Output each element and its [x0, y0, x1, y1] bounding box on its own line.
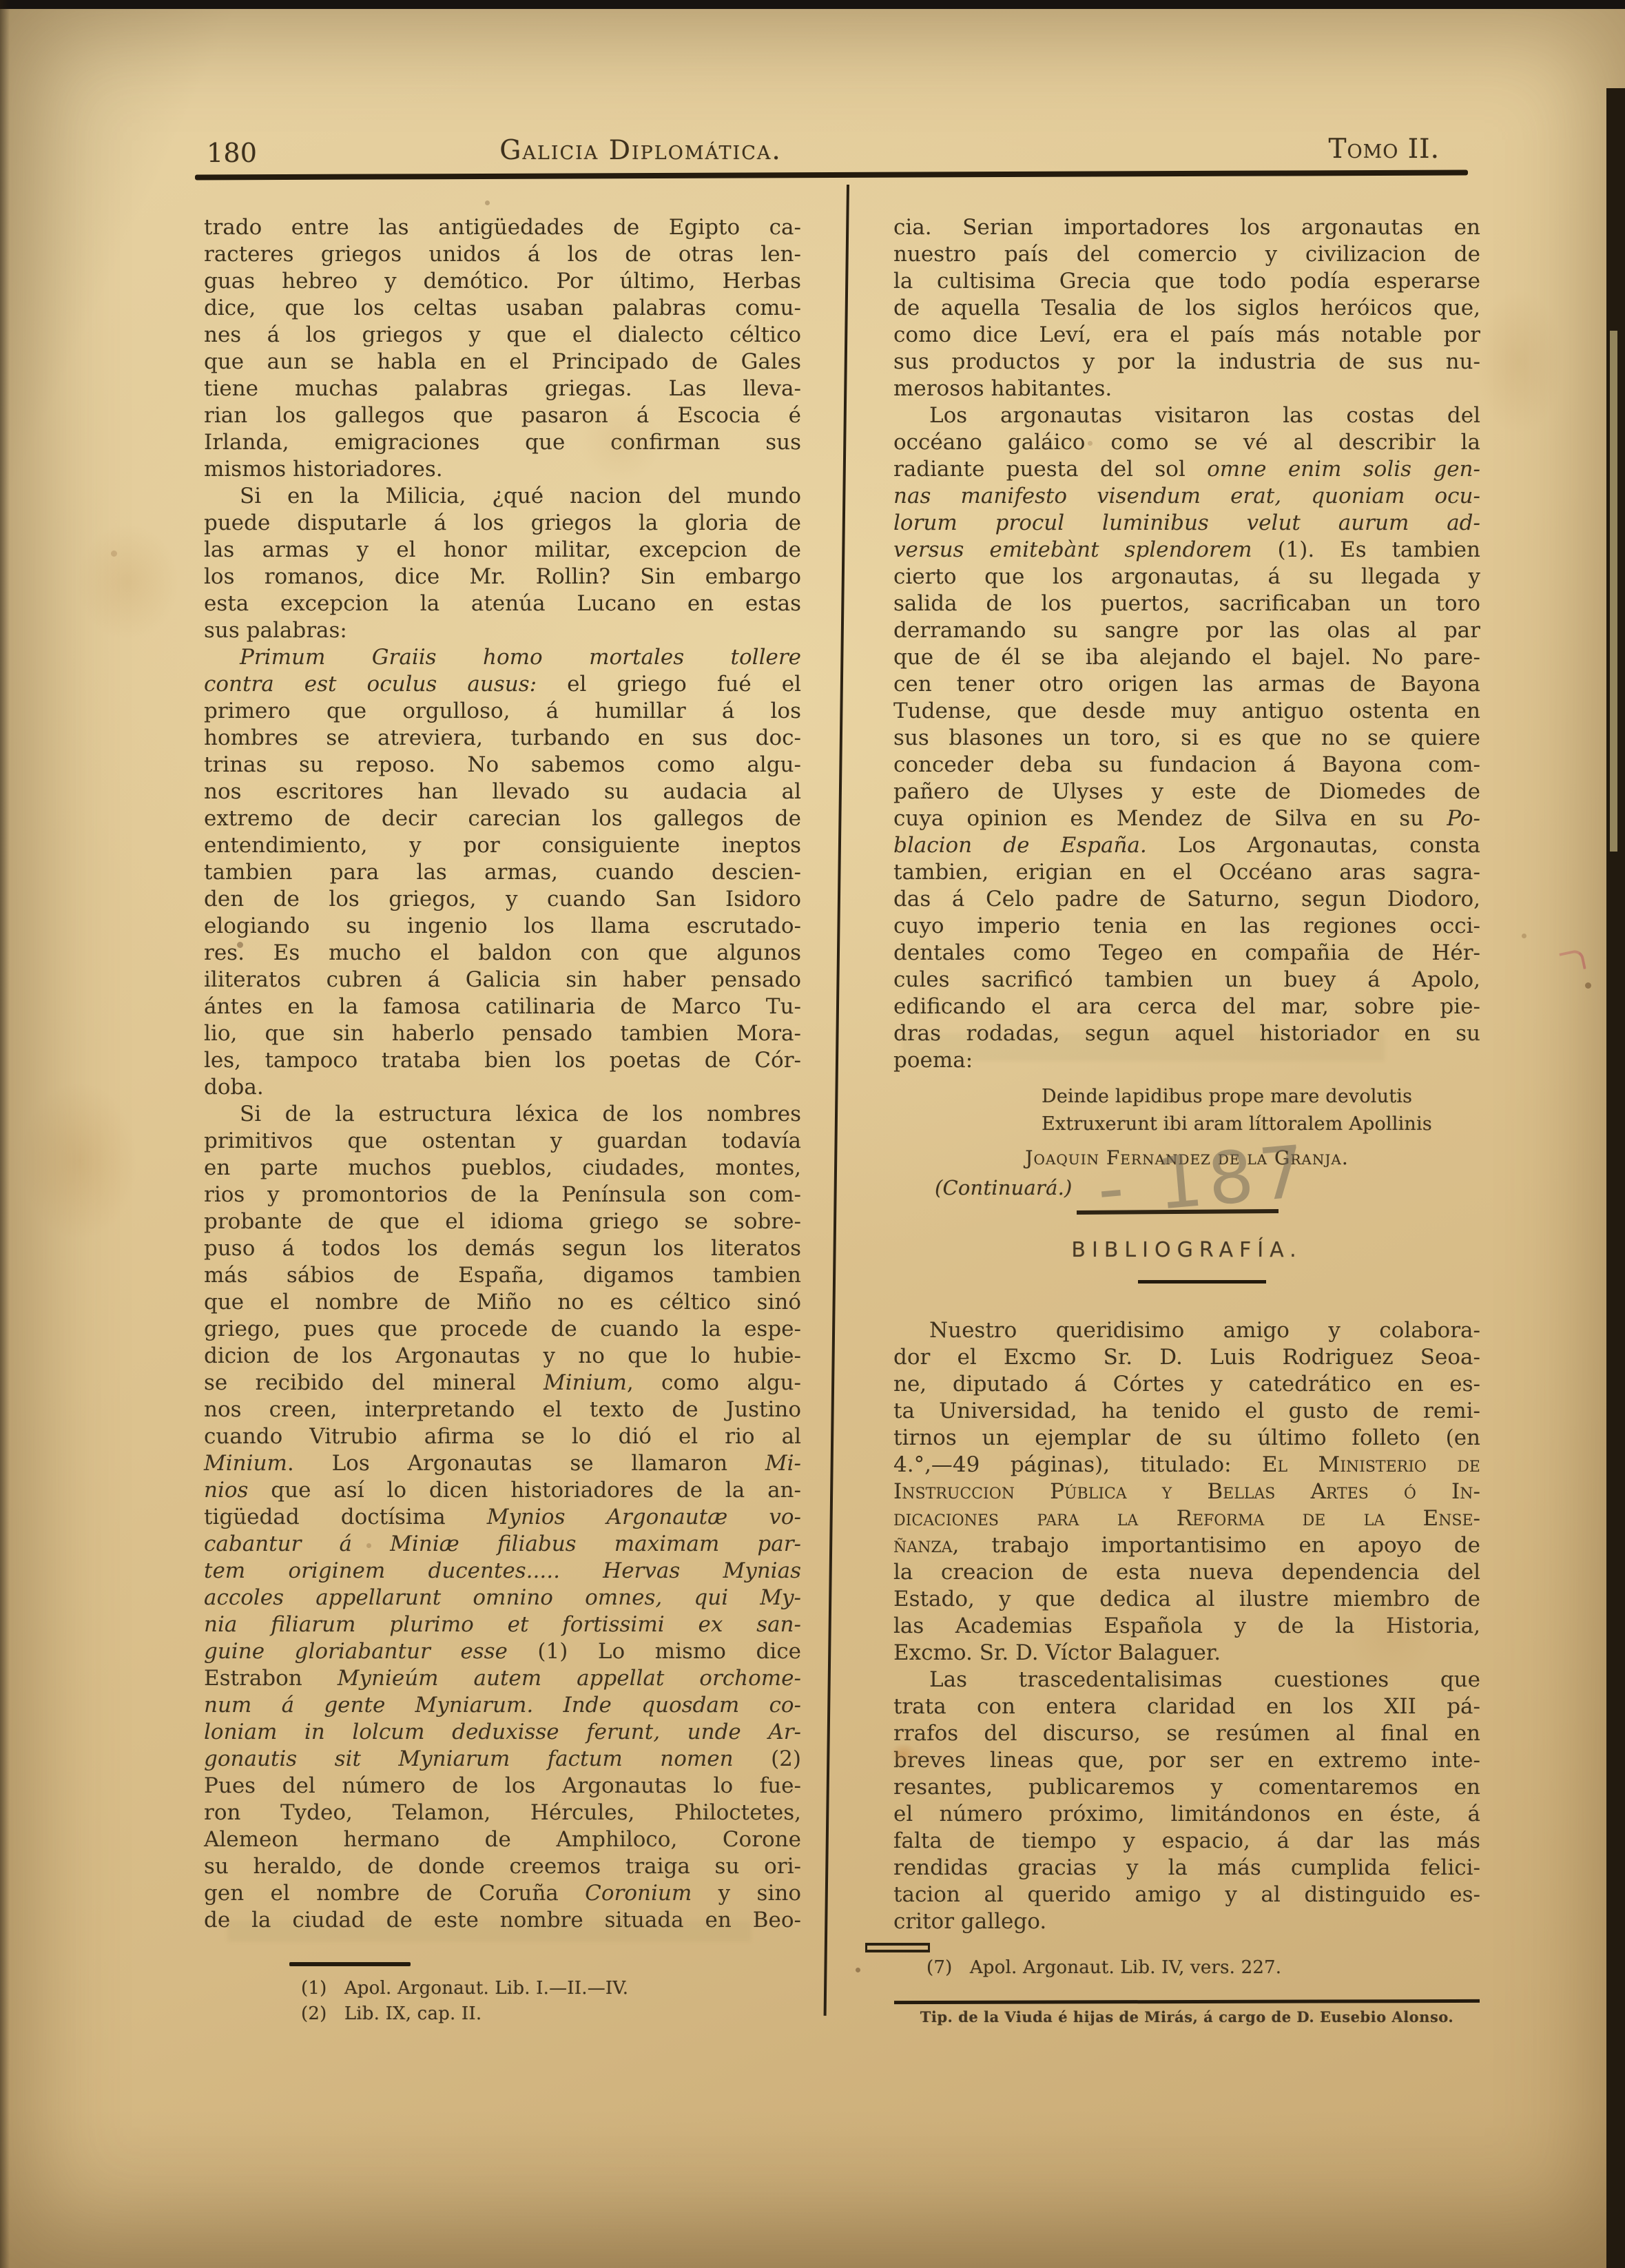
text-line: más sábios de España, digamos tambien: [204, 1262, 801, 1289]
text-line: dentales como Tegeo en compañia de Hér-: [893, 940, 1480, 967]
text-line: das á Celo padre de Saturno, segun Diodo…: [893, 886, 1480, 913]
text-line: entendimiento, y por consiguiente inepto…: [204, 832, 801, 859]
text-line: nas manifesto visendum erat, quoniam ocu…: [893, 483, 1480, 510]
poem-line: Extruxerunt ibi aram líttoralem Apollini…: [1042, 1111, 1432, 1138]
text-line: cuyo imperio tenia en las regiones occi-: [893, 913, 1480, 940]
text-line: versus emitebànt splendorem (1). Es tamb…: [893, 537, 1480, 564]
text-line: rrafos del discurso, se resúmen al final…: [893, 1720, 1480, 1747]
continuation-note: (Continuará.): [935, 1176, 1073, 1199]
text-line: nos escritores han llevado su audacia al: [204, 779, 801, 805]
footnote-line: (1) Apol. Argonaut. Lib. I.—II.—IV.: [301, 1976, 628, 2001]
text-line: griego, pues que procede de cuando la es…: [204, 1316, 801, 1343]
text-line: rios y promontorios de la Península son …: [204, 1182, 801, 1208]
text-line: Si en la Milicia, ¿qué nacion del mundo: [204, 483, 801, 510]
text-line: hombres se atreviera, turbando en sus do…: [204, 725, 801, 752]
text-line: contra est oculus ausus: el griego fué e…: [204, 671, 801, 698]
adjacent-page-edge: [1610, 331, 1617, 852]
text-line: tigüedad doctísima Mynios Argonautæ vo-: [204, 1504, 801, 1531]
left-footnote-rule: [289, 1962, 411, 1966]
text-line: en parte muchos pueblos, ciudades, monte…: [204, 1155, 801, 1182]
bibliografia-text: Nuestro queridisimo amigo y colabora-dor…: [893, 1317, 1480, 1935]
text-line: lio, que sin haberlo pensado tambien Mor…: [204, 1020, 801, 1047]
text-line: su heraldo, de donde creemos traiga su o…: [204, 1853, 801, 1880]
text-line: dicaciones para la Reforma de la Ense-: [893, 1505, 1480, 1532]
text-line: como dice Leví, era el país más notable …: [893, 322, 1480, 349]
text-line: conceder deba su fundacion á Bayona com-: [893, 752, 1480, 779]
text-line: cules sacrificó tambien un buey á Apolo,: [893, 967, 1480, 993]
text-line: trinas su reposo. No sabemos como algu-: [204, 752, 801, 779]
right-footnote: (7) Apol. Argonaut. Lib. IV, vers. 227.: [927, 1957, 1281, 1978]
latin-poem: Deinde lapidibus prope mare devolutisExt…: [1042, 1083, 1432, 1138]
section-heading-bibliografia: BIBLIOGRAFÍA.: [893, 1238, 1480, 1262]
text-line: den de los griegos, y cuando San Isidoro: [204, 886, 801, 913]
text-line: que de él se iba alejando el bajel. No p…: [893, 644, 1480, 671]
text-line: cia. Serian importadores los argonautas …: [893, 214, 1480, 241]
page-number: 180: [207, 138, 257, 168]
text-line: nes á los griegos y que el dialecto célt…: [204, 322, 801, 349]
text-line: sus palabras:: [204, 617, 801, 644]
left-column-text: trado entre las antigüedades de Egipto c…: [204, 214, 801, 1934]
text-line: cuya opinion es Mendez de Silva en su Po…: [893, 805, 1480, 832]
red-pencil-mark: [1559, 949, 1586, 973]
text-line: Primum Graiis homo mortales tollere: [204, 644, 801, 671]
printer-imprint: Tip. de la Viuda é hijas de Mirás, á car…: [894, 2008, 1480, 2025]
text-line: racteres griegos unidos á los de otras l…: [204, 241, 801, 268]
text-line: falta de tiempo y espacio, á dar las más: [893, 1828, 1480, 1855]
text-line: cabantur á Miniæ filiabus maximam par-: [204, 1531, 801, 1558]
text-line: doba.: [204, 1074, 801, 1101]
text-line: rian los gallegos que pasaron á Escocia …: [204, 402, 801, 429]
text-line: Minium. Los Argonautas se llamaron Mi-: [204, 1450, 801, 1477]
text-line: loniam in lolcum deduxisse ferunt, unde …: [204, 1719, 801, 1746]
text-line: esta excepcion la atenúa Lucano en estas: [204, 590, 801, 617]
text-line: Pues del número de los Argonautas lo fue…: [204, 1773, 801, 1800]
paper-stain: [76, 524, 179, 641]
paper-stain: [1474, 289, 1564, 434]
text-line: el número próximo, limitándonos en éste,…: [893, 1801, 1480, 1828]
text-line: ne, diputado á Córtes y catedrático en e…: [893, 1371, 1480, 1398]
text-line: Tudense, que desde muy antiguo ostenta e…: [893, 698, 1480, 725]
text-line: nos creen, interpretando el texto de Jus…: [204, 1396, 801, 1423]
scanned-page: 180 Galicia Diplomática. Tomo II. trado …: [0, 0, 1625, 2268]
text-line: dice, que los celtas usaban palabras com…: [204, 295, 801, 322]
text-line: dicion de los Argonautas y no que lo hub…: [204, 1343, 801, 1370]
column-divider-rule: [824, 185, 849, 2016]
text-line: edificando el ara cerca del mar, sobre p…: [893, 993, 1480, 1020]
text-line: nuestro país del comercio y civilizacion…: [893, 241, 1480, 268]
text-line: poema:: [893, 1047, 1480, 1074]
text-line: primitivos que ostentan y guardan todaví…: [204, 1128, 801, 1155]
footnote-line: (2) Lib. IX, cap. II.: [301, 2001, 628, 2027]
text-line: Estrabon Mynieúm autem appellat orchome-: [204, 1665, 801, 1692]
text-line: tirnos un ejemplar de su último folleto …: [893, 1425, 1480, 1452]
text-line: las armas y el honor militar, excepcion …: [204, 537, 801, 564]
left-footnotes: (1) Apol. Argonaut. Lib. I.—II.—IV.(2) L…: [301, 1976, 628, 2027]
text-line: extremo de decir carecian los gallegos d…: [204, 805, 801, 832]
text-line: trado entre las antigüedades de Egipto c…: [204, 214, 801, 241]
text-line: occéano galáico como se vé al describir …: [893, 429, 1480, 456]
text-line: de aquella Tesalia de los siglos heróico…: [893, 295, 1480, 322]
text-line: salida de los puertos, sacrificaban un t…: [893, 590, 1480, 617]
text-line: resantes, publicaremos y comentaremos en: [893, 1774, 1480, 1801]
scan-edge-top: [0, 0, 1625, 9]
text-line: mismos historiadores.: [204, 456, 801, 483]
text-line: tambien para las armas, cuando descien-: [204, 859, 801, 886]
text-line: la cultisima Grecia que todo podía esper…: [893, 268, 1480, 295]
text-line: tiene muchas palabras griegas. Las lleva…: [204, 375, 801, 402]
text-line: de la ciudad de este nombre situada en B…: [204, 1907, 801, 1934]
text-line: cuando Vitrubio afirma se lo dió el rio …: [204, 1423, 801, 1450]
text-line: Los argonautas visitaron las costas del: [893, 402, 1480, 429]
text-line: Nuestro queridisimo amigo y colabora-: [893, 1317, 1480, 1344]
text-line: puede disputarle á los griegos la gloria…: [204, 510, 801, 537]
text-line: blacion de España. Los Argonautas, const…: [893, 832, 1480, 859]
text-line: Excmo. Sr. D. Víctor Balaguer.: [893, 1640, 1480, 1667]
imprint-rule: [894, 1999, 1480, 2004]
text-line: cen tener otro origen las armas de Bayon…: [893, 671, 1480, 698]
text-line: nia filiarum plurimo et fortissimi ex sa…: [204, 1611, 801, 1638]
text-line: lorum procul luminibus velut aurum ad-: [893, 510, 1480, 537]
text-line: la creacion de esta nueva dependencia de…: [893, 1559, 1480, 1586]
text-line: breves lineas que, por ser en extremo in…: [893, 1747, 1480, 1774]
text-line: sus blasones un toro, si es que no se qu…: [893, 725, 1480, 752]
text-line: elogiando su ingenio los llama escrutado…: [204, 913, 801, 940]
text-line: accoles appellarunt omnino omnes, qui My…: [204, 1585, 801, 1611]
text-line: Las trascedentalisimas cuestiones que: [893, 1667, 1480, 1693]
text-line: ñanza, trabajo importantisimo en apoyo d…: [893, 1532, 1480, 1559]
text-line: que el nombre de Miño no es céltico sinó: [204, 1289, 801, 1316]
text-line: se recibido del mineral Minium, como alg…: [204, 1370, 801, 1396]
text-line: tacion al querido amigo y al distinguido…: [893, 1882, 1480, 1908]
text-line: sus productos y por la industria de sus …: [893, 349, 1480, 375]
text-line: Instruccion Pública y Bellas Artes ó In-: [893, 1478, 1480, 1505]
text-line: Estado, y que dedica al ilustre miembro …: [893, 1586, 1480, 1613]
text-line: ron Tydeo, Telamon, Hércules, Philoctete…: [204, 1800, 801, 1826]
text-line: Si de la estructura léxica de los nombre…: [204, 1101, 801, 1128]
text-line: radiante puesta del sol omne enim solis …: [893, 456, 1480, 483]
journal-title: Galicia Diplomática.: [400, 135, 882, 166]
text-line: trata con entera claridad en los XII pá-: [893, 1693, 1480, 1720]
text-line: derramando su sangre por las olas al par: [893, 617, 1480, 644]
text-line: las Academias Española y de la Historia,: [893, 1613, 1480, 1640]
text-line: dras rodadas, segun aquel historiador en…: [893, 1020, 1480, 1047]
text-line: 4.°,—49 páginas), titulado: El Ministeri…: [893, 1452, 1480, 1478]
text-line: tambien, erigian en el Occéano aras sagr…: [893, 859, 1480, 886]
text-line: critor gallego.: [893, 1908, 1480, 1935]
text-line: tem originem ducentes..... Hervas Mynias: [204, 1558, 801, 1585]
header-rule: [195, 169, 1468, 180]
poem-line: Deinde lapidibus prope mare devolutis: [1042, 1083, 1432, 1111]
text-line: cierto que los argonautas, á su llegada …: [893, 564, 1480, 590]
text-line: guine gloriabantur esse (1) Lo mismo dic…: [204, 1638, 801, 1665]
text-line: ántes en la famosa catilinaria de Marco …: [204, 993, 801, 1020]
text-line: ta Universidad, ha tenido el gusto de re…: [893, 1398, 1480, 1425]
text-line: que aun se habla en el Principado de Gal…: [204, 349, 801, 375]
text-line: merosos habitantes.: [893, 375, 1480, 402]
heading-rule: [1138, 1280, 1266, 1284]
right-footnote-rule: [865, 1943, 930, 1952]
text-line: puso á todos los demás segun los literat…: [204, 1235, 801, 1262]
paper-stain: [21, 1082, 138, 1240]
text-line: guas hebreo y demótico. Por último, Herb…: [204, 268, 801, 295]
text-line: probante de que el idioma griego se sobr…: [204, 1208, 801, 1235]
scan-edge-left: [0, 0, 10, 2268]
text-line: gonautis sit Myniarum factum nomen (2): [204, 1746, 801, 1773]
text-line: dor el Excmo Sr. D. Luis Rodriguez Seoa-: [893, 1344, 1480, 1371]
text-line: les, tampoco trataba bien los poetas de …: [204, 1047, 801, 1074]
text-line: num á gente Myniarum. Inde quosdam co-: [204, 1692, 801, 1719]
text-line: los romanos, dice Mr. Rollin? Sin embarg…: [204, 564, 801, 590]
text-line: iliteratos cubren á Galicia sin haber pe…: [204, 967, 801, 993]
handwritten-page-number: - 187: [1094, 1129, 1314, 1231]
right-column-text: cia. Serian importadores los argonautas …: [893, 214, 1480, 1074]
text-line: res. Es mucho el baldon con que algunos: [204, 940, 801, 967]
text-line: gen el nombre de Coruña Coronium y sino: [204, 1880, 801, 1907]
text-line: pañero de Ulyses y este de Diomedes de: [893, 779, 1480, 805]
text-line: Irlanda, emigraciones que confirman sus: [204, 429, 801, 456]
text-line: nios que así lo dicen historiadores de l…: [204, 1477, 801, 1504]
text-line: rendidas gracias y la más cumplida felic…: [893, 1855, 1480, 1882]
volume-label: Tomo II.: [1281, 134, 1440, 165]
text-line: primero que orgulloso, á humillar á los: [204, 698, 801, 725]
text-line: Alemeon hermano de Amphiloco, Corone: [204, 1826, 801, 1853]
